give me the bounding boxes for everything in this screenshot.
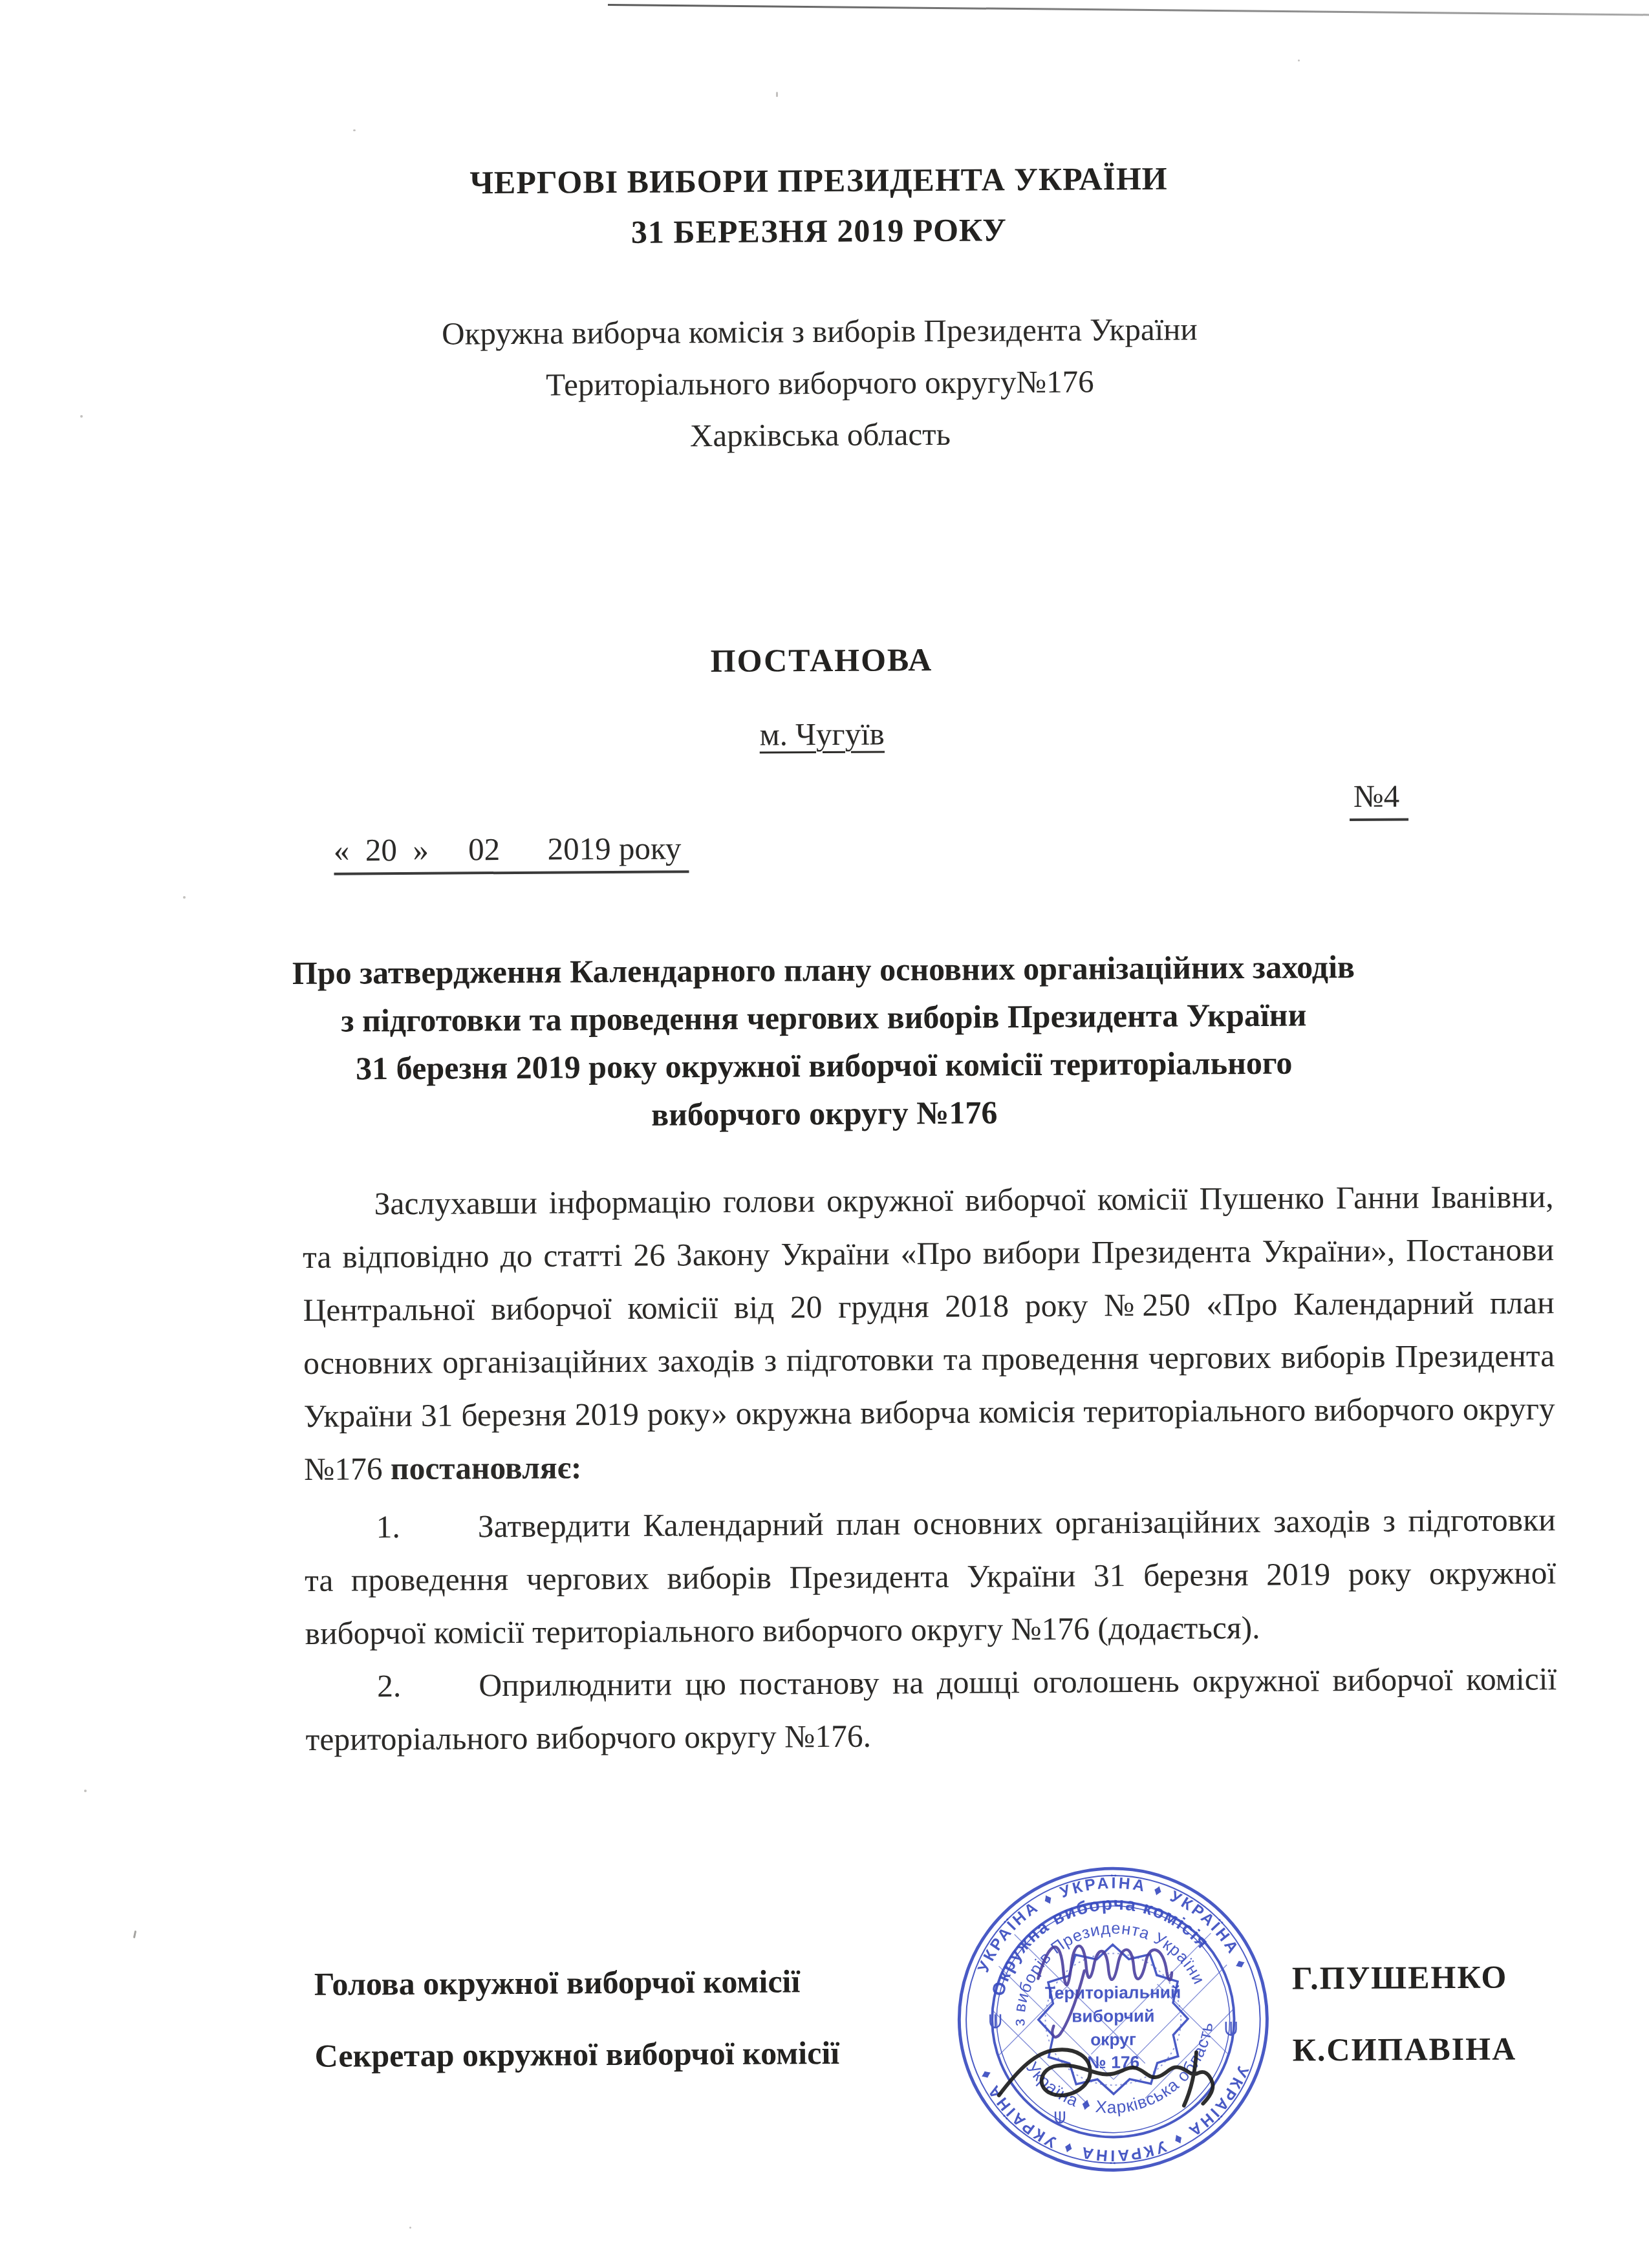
doc-number: №4 <box>1350 777 1409 821</box>
resolution-item-2: 2.Оприлюднити цю постанову на дошці огол… <box>305 1653 1557 1766</box>
preamble-text: Заслухавши інформацію голови окружної ви… <box>303 1179 1555 1487</box>
stamp-center-line-3: округ <box>1090 2029 1136 2049</box>
org-line-2: Територіального виборчого округу№176 <box>0 352 1644 414</box>
signer-name: К.СИПАВІНА <box>1292 2029 1516 2068</box>
preamble-paragraph: Заслухавши інформацію голови окружної ви… <box>302 1170 1555 1496</box>
official-round-stamp: УКРАЇНА ♦ УКРАЇНА ♦ УКРАЇНА ♦ УКРАЇНА ♦ … <box>954 1863 1273 2176</box>
date-value: « 20 » 02 2019 року <box>334 829 689 875</box>
scanned-document-page: ЧЕРГОВІ ВИБОРИ ПРЕЗИДЕНТА УКРАЇНИ 31 БЕР… <box>0 0 1649 2268</box>
signer-name: Г.ПУШЕНКО <box>1292 1958 1508 1997</box>
signature-row-secretary: Секретар окружної виборчої комісії К.СИП… <box>6 2029 1649 2039</box>
title-line-1: Про затвердження Календарного плану осно… <box>135 941 1512 998</box>
doc-type-heading: ПОСТАНОВА <box>0 636 1646 684</box>
resolution-item-1: 1.Затвердити Календарний план основних о… <box>304 1493 1556 1660</box>
item-1-text: Затвердити Календарний план основних орг… <box>305 1502 1556 1651</box>
title-line-4: виборчого округу №176 <box>136 1085 1513 1141</box>
title-line-2: з підготовки та проведення чергових вибо… <box>135 989 1513 1045</box>
org-line-1: Окружна виборча комісія з виборів Презид… <box>0 301 1644 363</box>
commission-name-block: Окружна виборча комісія з виборів Презид… <box>0 301 1645 466</box>
stamp-graphic: УКРАЇНА ♦ УКРАЇНА ♦ УКРАЇНА ♦ УКРАЇНА ♦ … <box>954 1863 1273 2176</box>
signature-row-head: Голова окружної виборчої комісії Г.ПУШЕН… <box>5 1957 1649 1967</box>
place-name: м. Чугуїв <box>759 716 885 752</box>
stamp-center-line-2: виборчий <box>1072 2006 1155 2026</box>
date-row: « 20 » 02 2019 року <box>286 793 689 912</box>
resolution-title: Про затвердження Календарного плану осно… <box>135 941 1513 1141</box>
item-1-number: 1. <box>376 1509 400 1545</box>
place-line: м. Чугуїв <box>0 711 1646 758</box>
tab-spacer <box>401 1696 479 1696</box>
org-line-3: Харківська область <box>0 404 1645 466</box>
resolution-body: Заслухавши інформацію голови окружної ви… <box>302 1170 1557 1766</box>
header-line-2: 31 БЕРЕЗНЯ 2019 РОКУ <box>0 200 1644 261</box>
signer-role: Голова окружної виборчої комісії <box>314 1962 801 2003</box>
tab-spacer <box>400 1537 478 1537</box>
item-2-number: 2. <box>377 1668 401 1704</box>
document-content: ЧЕРГОВІ ВИБОРИ ПРЕЗИДЕНТА УКРАЇНИ 31 БЕР… <box>0 0 1649 2268</box>
election-header: ЧЕРГОВІ ВИБОРИ ПРЕЗИДЕНТА УКРАЇНИ 31 БЕР… <box>0 150 1644 261</box>
item-2-text: Оприлюднити цю постанову на дошці оголош… <box>306 1661 1557 1757</box>
resolve-word: постановляє: <box>391 1450 582 1486</box>
title-line-3: 31 березня 2019 року окружної виборчої к… <box>135 1037 1513 1093</box>
signer-role: Секретар окружної виборчої комісії <box>315 2034 840 2075</box>
doc-number-row: №4 <box>1350 777 1409 821</box>
